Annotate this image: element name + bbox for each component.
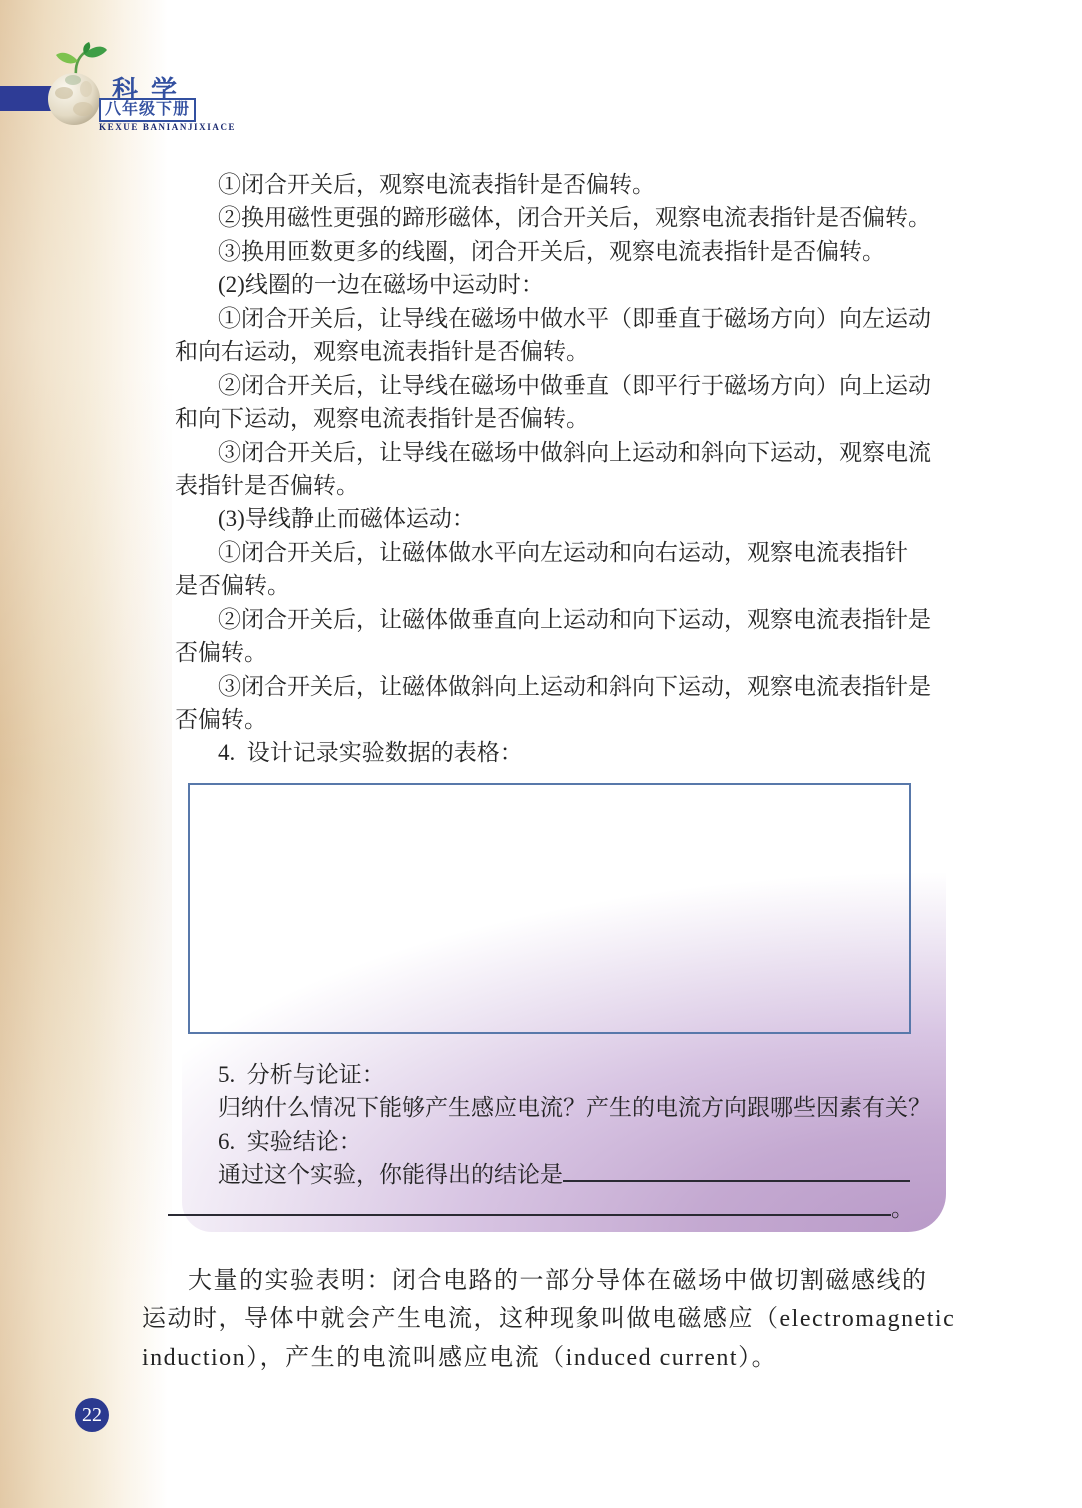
- experiment-steps-block: ①闭合开关后，观察电流表指针是否偏转。 ②换用磁性更强的蹄形磁体，闭合开关后，观…: [175, 168, 935, 770]
- page-number-badge: 22: [75, 1398, 109, 1432]
- conclusion-lead-text: 通过这个实验，你能得出的结论是: [218, 1162, 563, 1187]
- step-line: ①闭合开关后，让导线在磁场中做水平（即垂直于磁场方向）向左运动: [175, 302, 935, 335]
- step-line: ①闭合开关后，观察电流表指针是否偏转。: [175, 168, 935, 201]
- step-line: ②换用磁性更强的蹄形磁体，闭合开关后，观察电流表指针是否偏转。: [175, 201, 935, 234]
- step-line: 否偏转。: [175, 703, 935, 736]
- closing-line: 运动时，导体中就会产生电流，这种现象叫做电磁感应（electromagnetic: [142, 1300, 972, 1338]
- analysis-conclusion-block: 5. 分析与论证： 归纳什么情况下能够产生感应电流？产生的电流方向跟哪些因素有关…: [175, 1058, 935, 1225]
- step-line: ③换用匝数更多的线圈，闭合开关后，观察电流表指针是否偏转。: [175, 235, 935, 268]
- data-table-box: [188, 783, 911, 1034]
- fill-blank-line: [563, 1180, 910, 1182]
- closing-paragraph: 大量的实验表明：闭合电路的一部分导体在磁场中做切割磁感线的 运动时，导体中就会产…: [142, 1262, 972, 1377]
- step-line: ②闭合开关后，让磁体做垂直向上运动和向下运动，观察电流表指针是: [175, 603, 935, 636]
- step-line: 和向下运动，观察电流表指针是否偏转。: [175, 402, 935, 435]
- period-mark: 。: [891, 1196, 914, 1221]
- fill-blank-line: [168, 1214, 891, 1216]
- analysis-question: 归纳什么情况下能够产生感应电流？产生的电流方向跟哪些因素有关？: [175, 1091, 935, 1124]
- step-line: ②闭合开关后，让导线在磁场中做垂直（即平行于磁场方向）向上运动: [175, 369, 935, 402]
- step-line: ③闭合开关后，让磁体做斜向上运动和斜向下运动，观察电流表指针是: [175, 670, 935, 703]
- textbook-page: 科学 八年级下册 KEXUE BANIANJIXIACE ①闭合开关后，观察电流…: [0, 0, 1082, 1508]
- pinyin-label: KEXUE BANIANJIXIACE: [99, 122, 236, 132]
- conclusion-line: 通过这个实验，你能得出的结论是: [175, 1158, 935, 1191]
- step-line: 是否偏转。: [175, 569, 935, 602]
- step-line: ③闭合开关后，让导线在磁场中做斜向上运动和斜向下运动，观察电流: [175, 436, 935, 469]
- step-line: 表指针是否偏转。: [175, 469, 935, 502]
- step-line: 否偏转。: [175, 636, 935, 669]
- step-line: ①闭合开关后，让磁体做水平向左运动和向右运动，观察电流表指针: [175, 536, 935, 569]
- closing-line: induction），产生的电流叫感应电流（induced current）。: [142, 1339, 972, 1377]
- item-analysis-heading: 5. 分析与论证：: [175, 1058, 935, 1091]
- step-line: (3)导线静止而磁体运动：: [175, 502, 935, 535]
- step-line: 4. 设计记录实验数据的表格：: [175, 736, 935, 769]
- step-line: 和向右运动，观察电流表指针是否偏转。: [175, 335, 935, 368]
- closing-line: 大量的实验表明：闭合电路的一部分导体在磁场中做切割磁感线的: [142, 1262, 972, 1300]
- conclusion-blank-line: 。: [168, 1192, 935, 1225]
- step-line: (2)线圈的一边在磁场中运动时：: [175, 268, 935, 301]
- grade-label: 八年级下册: [99, 98, 196, 122]
- item-conclusion-heading: 6. 实验结论：: [175, 1125, 935, 1158]
